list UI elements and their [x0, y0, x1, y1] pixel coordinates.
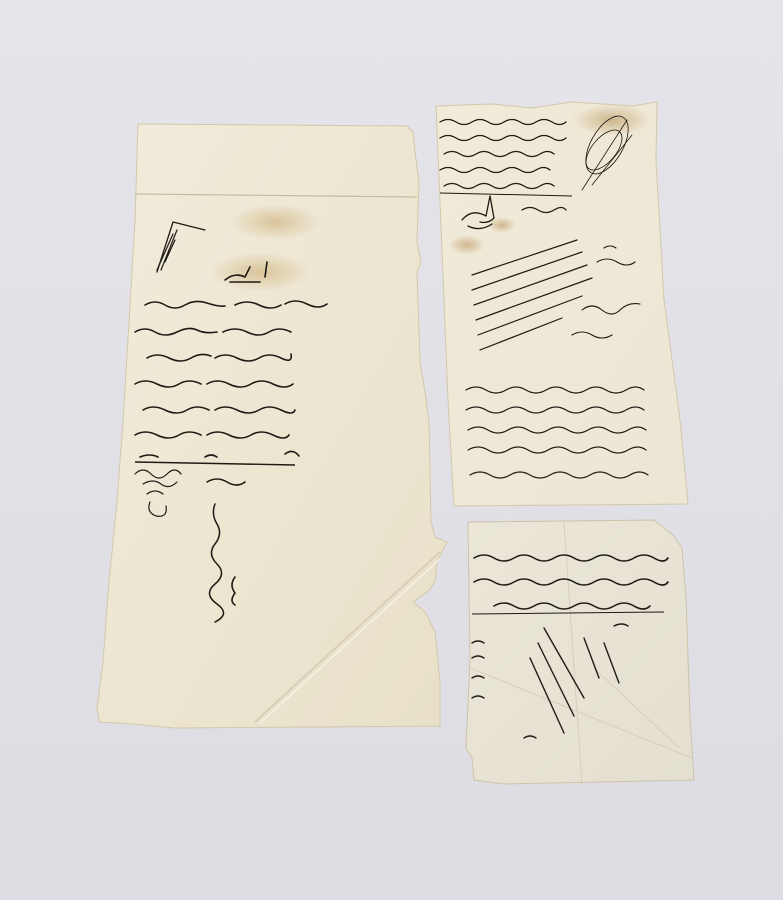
document-lower-right: Small worn fragment with 3 lines of scri…: [464, 518, 700, 786]
photograph: Large folded manuscript page with tughra…: [0, 0, 783, 900]
document-upper-right: Manuscript with header text block, seal,…: [432, 100, 690, 508]
document-large-left: Large folded manuscript page with tughra…: [95, 122, 450, 732]
